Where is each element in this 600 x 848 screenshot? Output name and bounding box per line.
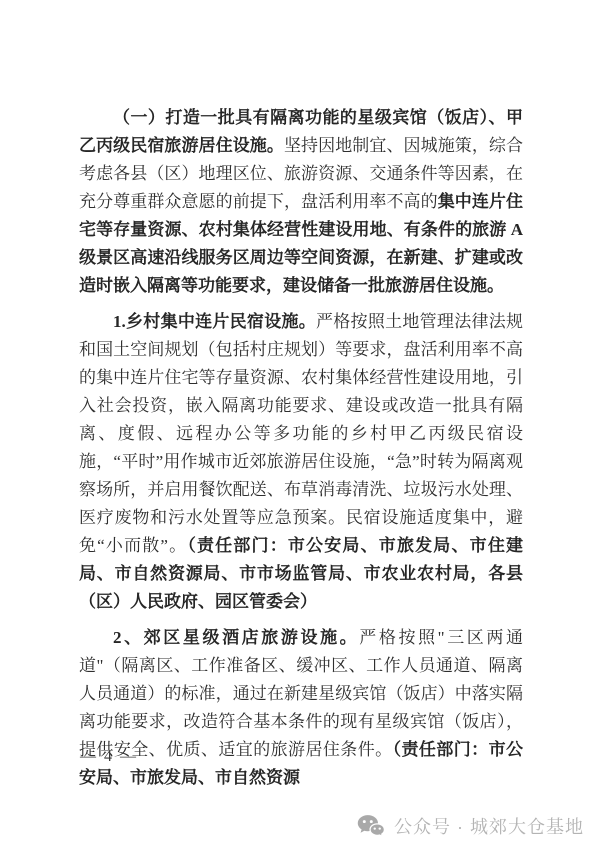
paragraph: （一）打造一批具有隔离功能的星级宾馆（饭店）、甲乙丙级民宿旅游居住设施。坚持因地… bbox=[79, 104, 523, 300]
paragraph: 2、郊区星级酒店旅游设施。严格按照"三区两通道"（隔离区、工作准备区、缓冲区、工… bbox=[79, 624, 523, 792]
text-segment: 2、郊区星级酒店旅游设施。 bbox=[113, 628, 359, 647]
document-page: （一）打造一批具有隔离功能的星级宾馆（饭店）、甲乙丙级民宿旅游居住设施。坚持因地… bbox=[0, 0, 600, 848]
text-segment: 1.乡村集中连片民宿设施。 bbox=[113, 312, 316, 331]
wechat-icon bbox=[357, 814, 385, 838]
watermark-label: 公众号 · 城郊大仓基地 bbox=[394, 813, 584, 839]
watermark-footer: 公众号 · 城郊大仓基地 bbox=[357, 813, 584, 839]
text-segment: 严格按照土地管理法律法规和国土空间规划（包括村庄规划）等要求，盘活利用率不高的集… bbox=[79, 312, 523, 555]
page-number: — 4 — bbox=[80, 748, 138, 766]
paragraph: 1.乡村集中连片民宿设施。严格按照土地管理法律法规和国土空间规划（包括村庄规划）… bbox=[79, 308, 523, 616]
document-body: （一）打造一批具有隔离功能的星级宾馆（饭店）、甲乙丙级民宿旅游居住设施。坚持因地… bbox=[79, 104, 523, 800]
